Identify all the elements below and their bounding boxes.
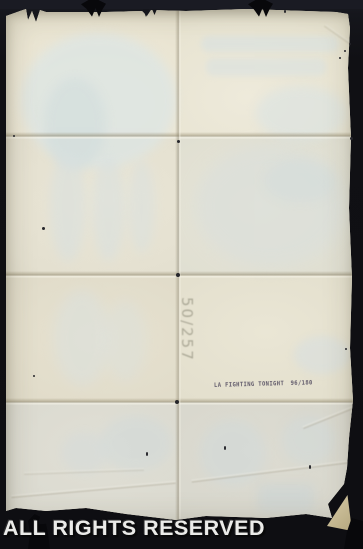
speck [177,140,180,143]
stamp-edition-number: 96/180 [290,379,312,387]
speck [33,375,35,377]
speck [176,273,180,277]
speck [339,57,341,59]
folded-poster-paper [6,8,354,524]
speck [42,227,45,230]
speck [344,50,346,52]
speck [350,137,353,140]
speck [146,452,148,456]
speck [13,135,15,137]
speck [175,400,179,404]
speck [224,446,226,450]
speck [345,348,347,350]
paper-vignette [6,8,354,524]
rights-watermark: ALL RIGHTS RESERVED [3,516,265,541]
speck [309,465,311,469]
pencil-inscription: 50/257 [178,297,196,362]
speck [284,10,286,13]
speck [349,43,351,45]
poster-back-photo: LA FIGHTING TONIGHT96/180 50/257 ALL RIG… [0,0,363,549]
background-wall-strip [0,0,363,9]
